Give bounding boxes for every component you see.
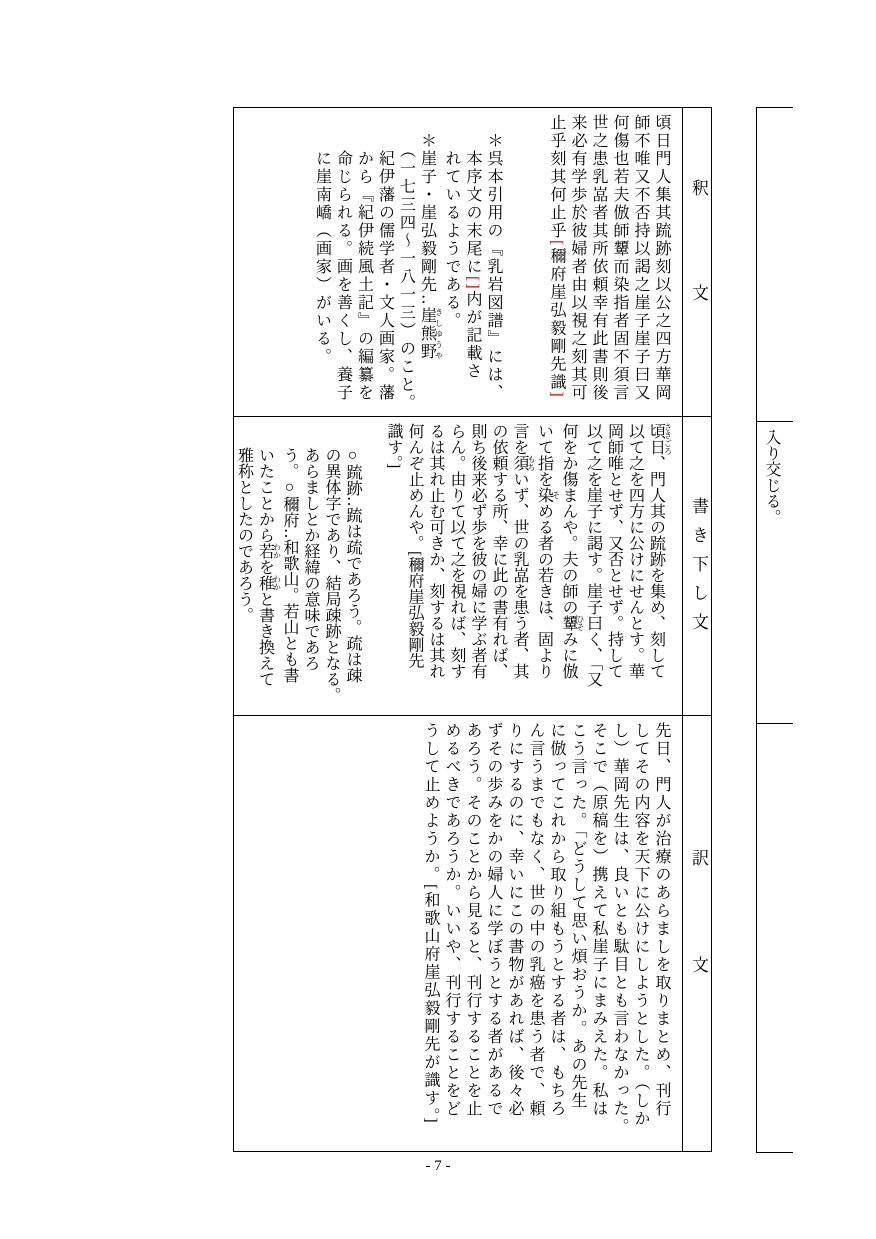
yakubun-content: 先日、門人が治療のあらましを取りまとめ、刊行してその内容を天下に公けにしようとし… [234, 716, 682, 1151]
adjacent-column-text: 入り交じる。 [761, 429, 782, 525]
row-yakubun: 先日、門人が治療のあらましを取りまとめ、刊行してその内容を天下に公けにしようとし… [234, 715, 711, 1151]
row-shakubun: 頃日門人集其䟽跡刻以公之四方華岡師不唯又不否持以謁之崖子崖子曰又何傷也若夫倣師顰… [234, 108, 711, 416]
document-page: 頃日門人集其䟽跡刻以公之四方華岡師不唯又不否持以謁之崖子崖子曰又何傷也若夫倣師顰… [0, 0, 876, 1239]
row-label-kakikudashi: 書き下し文 [682, 417, 711, 715]
main-table: 頃日門人集其䟽跡刻以公之四方華岡師不唯又不否持以謁之崖子崖子曰又何傷也若夫倣師顰… [233, 107, 712, 1152]
row-label-shakubun: 釈文 [682, 108, 711, 416]
kakikudashi-text: 頃日さきごろ、門人其の䟽跡を集め、刻して以て之を四方に公けにせんとす。華岡師唯と… [383, 423, 672, 711]
shakubun-notes: ＊呉本引用の『乳岩図譜』には、 本序文の末尾に[]内が記載さ れているようである… [312, 114, 505, 412]
page-number: - 7 - [0, 1158, 876, 1175]
adjacent-table-rule-mid2 [756, 723, 793, 724]
adjacent-table-rule-bottom [756, 1152, 793, 1153]
adjacent-table-rule-top [756, 107, 793, 108]
row-label-yakubun: 訳文 [682, 716, 711, 1151]
adjacent-table-left-border [756, 107, 757, 1153]
shakubun-kanbun-text: 頃日門人集其䟽跡刻以公之四方華岡師不唯又不否持以謁之崖子崖子曰又何傷也若夫倣師顰… [546, 114, 672, 412]
kakikudashi-notes: ○䟽跡‥䟽は疏であろう。疏は疎の異体字であり、結局疎跡となる。あらましとか経緯の… [234, 423, 363, 711]
kakikudashi-content: 頃日さきごろ、門人其の䟽跡を集め、刻して以て之を四方に公けにせんとす。華岡師唯と… [234, 417, 682, 715]
row-kakikudashi: 頃日さきごろ、門人其の䟽跡を集め、刻して以て之を四方に公けにせんとす。華岡師唯と… [234, 416, 711, 715]
yakubun-text: 先日、門人が治療のあらましを取りまとめ、刊行してその内容を天下に公けにしようとし… [420, 722, 672, 1147]
shakubun-content: 頃日門人集其䟽跡刻以公之四方華岡師不唯又不否持以謁之崖子崖子曰又何傷也若夫倣師顰… [234, 108, 682, 416]
adjacent-table-rule-mid1 [756, 421, 793, 422]
